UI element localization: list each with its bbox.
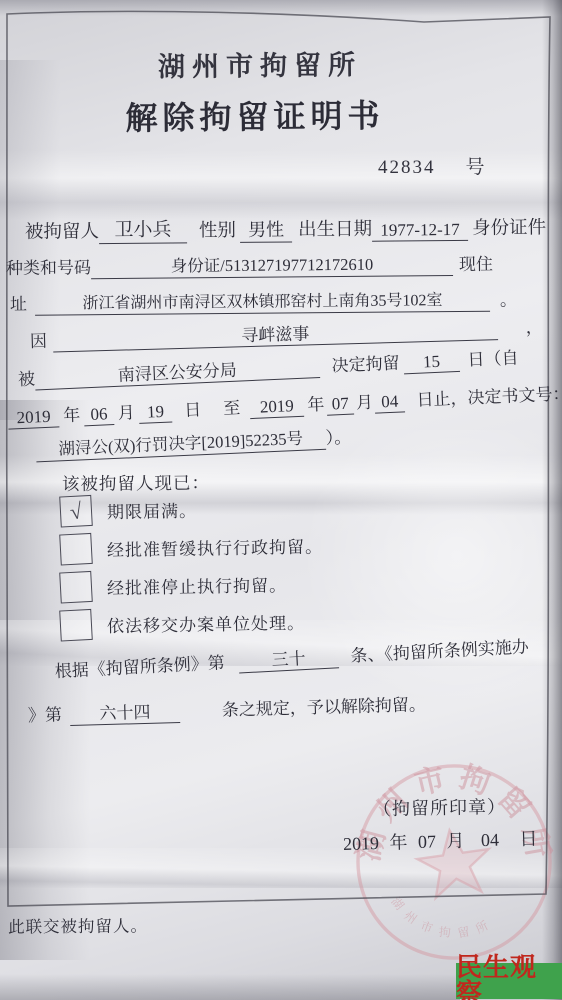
detainee-label: 被拘留人 <box>25 220 99 245</box>
basis-article: 三十 <box>238 646 339 673</box>
second-suffix: 条之规定，予以解除拘留。 <box>222 694 427 722</box>
certificate-content: 湖州市拘留所 解除拘留证明书 42834号 被拘留人 卫小兵 性别 男性 出生日… <box>0 0 562 1000</box>
field-row-detainee: 被拘留人 卫小兵 性别 男性 出生日期 1977-12-17 身份证件 <box>0 215 562 245</box>
id-label-line1: 身份证件 <box>472 216 546 241</box>
decision-doc-no: 湖浔公(双)行罚决字[2019]52235号 <box>36 428 327 462</box>
basis-prefix: 根据《拘留所条例》第 <box>54 652 225 683</box>
cause-value: 寻衅滋事 <box>53 318 498 353</box>
addr-label-line1: 现住 <box>459 254 493 276</box>
address-value: 浙江省湖州市南浔区双林镇邢窑村上南角35号102室 <box>35 291 490 316</box>
status-option-expired: √ 期限届满。 <box>60 494 198 527</box>
second-prefix: 》第 <box>28 704 63 727</box>
gender-value: 男性 <box>240 219 292 243</box>
status-heading: 该被拘留人现已： <box>62 470 210 496</box>
signoff-year: 2019 <box>343 833 380 854</box>
authority-value: 南浔区公安分局 <box>34 356 320 391</box>
from-month: 06 <box>84 403 115 427</box>
to-day: 04 <box>375 390 406 414</box>
cause-comma: ， <box>525 317 543 340</box>
checkbox-checked: √ <box>59 495 93 528</box>
certificate-title: 解除拘留证明书 <box>55 90 455 140</box>
status-option-label: 经批准停止执行拘留。 <box>107 571 287 599</box>
status-option-label: 经批准暂缓执行行政拘留。 <box>107 532 323 561</box>
org-title: 湖州市拘留所 <box>70 42 450 85</box>
month-unit: 月 <box>117 402 135 425</box>
basis-suffix: 条、《拘留所条例实施办 <box>350 636 529 667</box>
status-option-stopped: 经批准停止执行拘留。 <box>60 568 288 603</box>
status-option-transferred: 依法移交办案单位处理。 <box>60 606 306 641</box>
checkbox-unchecked <box>59 609 93 642</box>
check-icon: √ <box>68 499 83 523</box>
checkbox-unchecked <box>59 533 93 566</box>
from-day: 19 <box>138 400 172 424</box>
by-label: 被 <box>18 369 36 392</box>
decide-label: 决定拘留 <box>331 353 400 378</box>
checkbox-unchecked <box>59 571 93 604</box>
to-label: 至 <box>223 398 241 421</box>
addr-label-line2: 址 <box>10 294 27 316</box>
signoff-date: 2019 年 07 月 04 日 <box>343 824 544 856</box>
detainee-name: 卫小兵 <box>99 218 187 244</box>
id-label-line2: 种类和号码 <box>6 257 91 280</box>
signoff-month-unit: 月 <box>446 831 465 851</box>
watermark-badge: 民生观察 <box>456 963 562 999</box>
field-row-id: 种类和号码 身份证/513127197712172610 现住 <box>0 253 562 280</box>
status-option-suspended: 经批准暂缓执行行政拘留。 <box>60 529 324 565</box>
legal-basis-row2: 》第 六十四 条之规定，予以解除拘留。 <box>0 690 562 729</box>
until-suffix: 日止，决定书文号： <box>416 383 562 412</box>
id-value: 身份证/513127197712172610 <box>91 255 453 280</box>
watermark-text: 民生观察 <box>456 955 562 1000</box>
birth-date-value: 1977-12-17 <box>372 218 468 241</box>
birth-label: 出生日期 <box>298 217 372 242</box>
seal-note: （拘留所印章） <box>373 793 506 821</box>
address-period: 。 <box>500 289 517 311</box>
year-unit2: 年 <box>307 394 325 417</box>
cause-label: 因 <box>30 331 48 354</box>
close-paren: ）。 <box>325 427 351 450</box>
signoff-day: 04 <box>481 830 500 850</box>
document-photo: 湖州市拘留所 湖州市拘留所 湖州市拘留所 解除拘留证明书 42834号 被拘留人… <box>0 0 562 1000</box>
year-unit: 年 <box>63 405 81 428</box>
status-option-label: 依法移交办案单位处理。 <box>107 609 305 637</box>
to-month: 07 <box>326 393 355 416</box>
month-unit2: 月 <box>356 392 374 415</box>
gender-label: 性别 <box>199 219 236 243</box>
status-option-label: 期限届满。 <box>107 497 197 524</box>
days-suffix: 日（自 <box>467 348 519 372</box>
days-value: 15 <box>403 350 460 375</box>
signoff-day-unit: 日 <box>519 829 538 849</box>
signoff-year-unit: 年 <box>389 832 408 852</box>
day-unit: 日 <box>184 399 202 422</box>
serial-unit: 号 <box>466 157 485 178</box>
footer-note: 此联交被拘留人。 <box>8 912 148 937</box>
field-row-address: 址 浙江省湖州市南浔区双林镇邢窑村上南角35号102室 。 <box>0 289 562 316</box>
serial-number-row: 42834号 <box>378 152 485 179</box>
serial-number: 42834 <box>378 157 436 178</box>
second-article: 六十四 <box>70 701 181 726</box>
signoff-month: 07 <box>418 831 437 851</box>
to-year: 2019 <box>250 395 304 420</box>
from-year: 2019 <box>8 405 60 429</box>
